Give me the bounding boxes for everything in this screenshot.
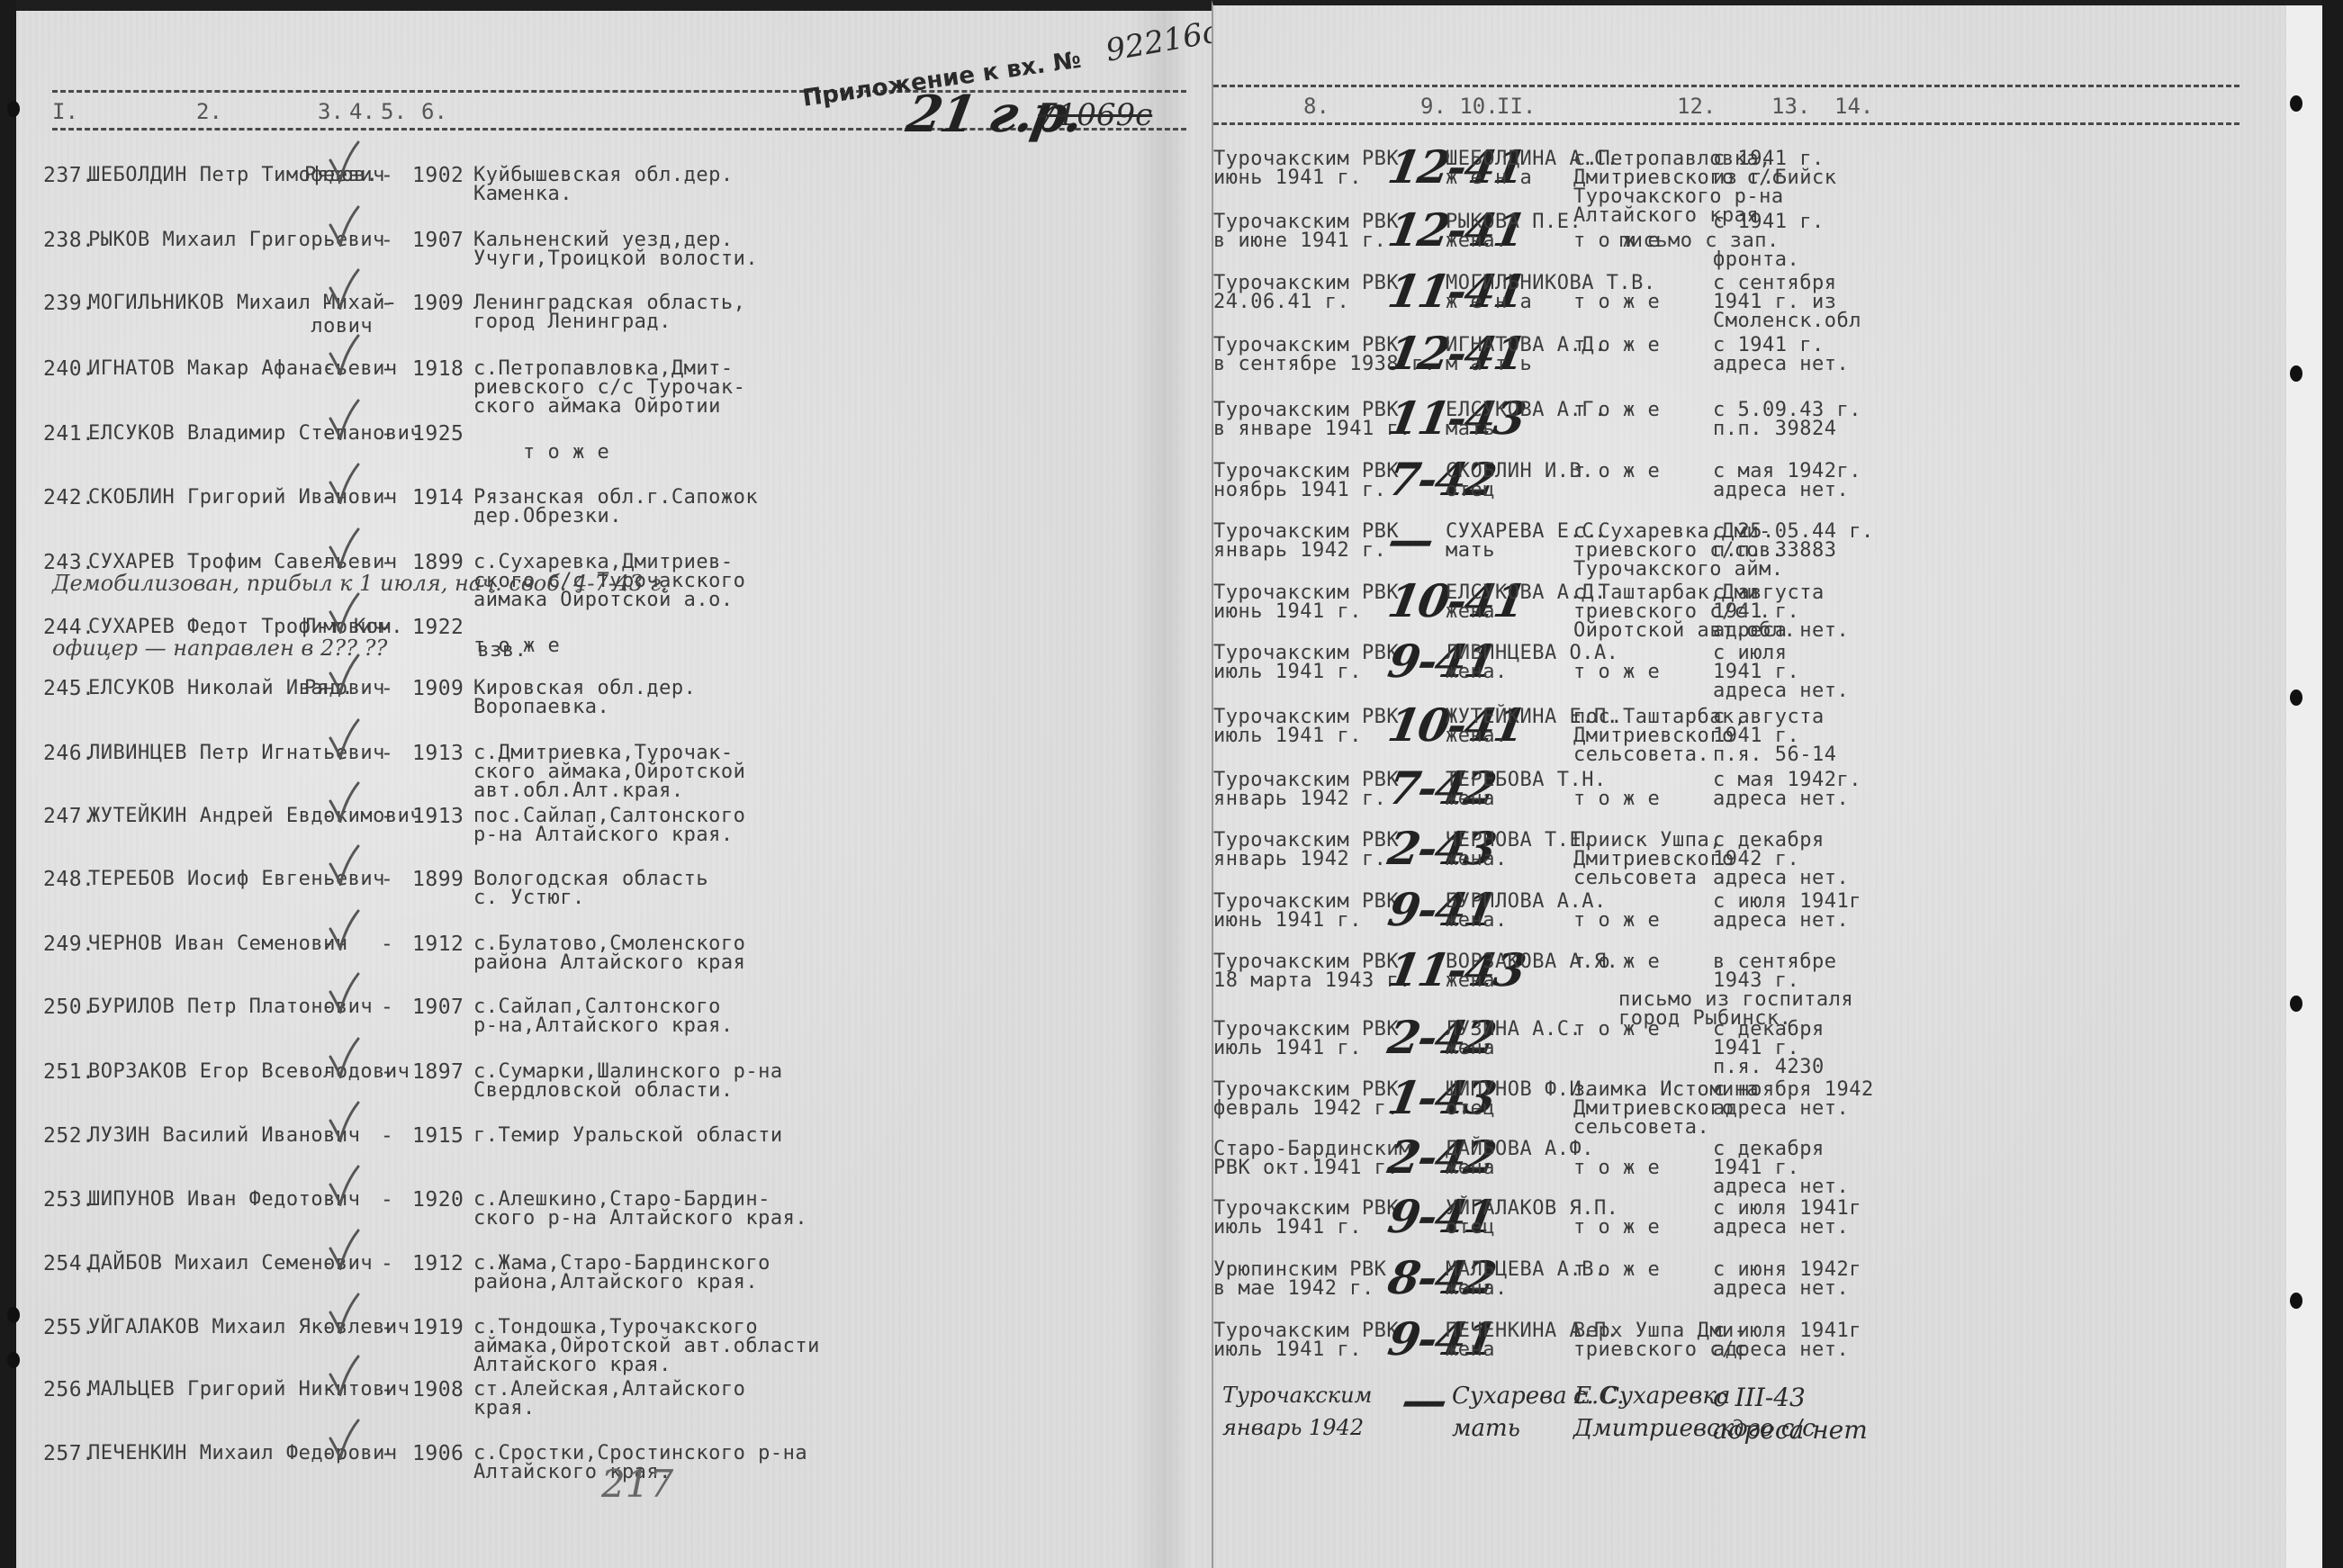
soldier-name: ЧЕРНОВ Иван Семенович <box>88 933 348 956</box>
birth-year: 1925 <box>412 422 464 446</box>
checkmark-icon <box>328 205 360 247</box>
relative-line: отец <box>1446 1216 1495 1239</box>
column-5: - <box>381 742 393 765</box>
right-page: 8.9. 10.II.12.13.14. Турочакским РВКиюнь… <box>1212 0 2322 1568</box>
birth-year: 1909 <box>412 677 464 700</box>
last-contact-line: из г.Бийск <box>1713 167 1836 190</box>
relative-line: отец <box>1446 479 1495 502</box>
record-number: 240. <box>43 357 95 381</box>
record-number: 255. <box>43 1316 95 1339</box>
checkmark-icon <box>328 718 360 760</box>
record-number: 253. <box>43 1188 95 1212</box>
birthplace-line: с. Устюг. <box>473 887 585 910</box>
relative-line: жена. <box>1446 725 1508 748</box>
relative-address-line: т о ж е <box>1573 951 1660 974</box>
birth-year: 1909 <box>412 292 464 315</box>
relative-address-line: сельсовета <box>1573 867 1697 890</box>
last-contact-line: адреса нет. <box>1713 909 1849 933</box>
relative-line: отец <box>1446 1097 1495 1121</box>
enlistment-office-line: июнь 1941 г. <box>1213 600 1362 624</box>
birthplace-line: края. <box>473 1397 536 1420</box>
column-header: 12. <box>1677 94 1716 119</box>
relative-address-line: т о ж е <box>1573 399 1660 422</box>
column-5: - <box>381 933 393 956</box>
enlistment-office-line: июль 1941 г. <box>1213 725 1362 748</box>
record-number: 247. <box>43 805 95 828</box>
enlistment-office-line: июль 1941 г. <box>1213 1037 1362 1060</box>
punch-hole <box>2290 689 2302 706</box>
birth-year: 1918 <box>412 357 464 381</box>
column-header: 13. <box>1771 94 1810 119</box>
enlistment-office-line: в мае 1942 г. <box>1213 1277 1374 1301</box>
relative-line: жена. <box>1446 969 1508 993</box>
birth-year: 1920 <box>412 1188 464 1212</box>
column-5: - <box>381 357 393 381</box>
relative-address-line: т о ж е <box>1573 334 1660 357</box>
relative-address-line: сельсовета. <box>1573 743 1709 767</box>
record-number: 239. <box>43 292 95 315</box>
record-number: 238. <box>43 229 95 252</box>
relative-address-line: т о ж е <box>1573 1216 1660 1239</box>
enlistment-office-line: июль 1941 г. <box>1213 661 1362 684</box>
relative-line: ж е н а <box>1446 167 1532 190</box>
soldier-name: ВОРЗАКОВ Егор Всеволодович <box>88 1060 410 1084</box>
column-5: - <box>381 868 393 891</box>
birth-year: 1915 <box>412 1124 464 1148</box>
birth-year: 1907 <box>412 229 464 252</box>
last-contact-line: фронта. <box>1713 248 1799 272</box>
relative-address-line: т о ж е <box>1573 460 1660 483</box>
column-header: 4. <box>349 99 375 124</box>
last-contact-line: адреса нет. <box>1713 788 1849 811</box>
column-5: - <box>381 292 393 315</box>
enlistment-office-line: январь 1942 г. <box>1213 848 1386 871</box>
checkmark-icon <box>328 909 360 951</box>
relative-line: ж е н а <box>1446 291 1532 314</box>
birth-year: 1897 <box>412 1060 464 1084</box>
relative-address-line: т о ж е <box>1573 788 1660 811</box>
soldier-name: ЖУТЕЙКИН Андрей Евдокимович <box>88 805 422 828</box>
column-5: - <box>381 1442 393 1465</box>
checkmark-icon <box>328 268 360 310</box>
enlistment-office-line: 18 марта 1943 г. <box>1213 969 1411 993</box>
enlistment-office-line: июль 1941 г. <box>1213 1338 1362 1362</box>
checkmark-icon <box>328 527 360 569</box>
relative-line: жена <box>1446 1338 1495 1362</box>
record-number: 256. <box>43 1378 95 1401</box>
record-number: 245. <box>43 677 95 700</box>
birthplace-line: р-на,Алтайского края. <box>473 1014 734 1038</box>
column-header: II. <box>1497 94 1536 119</box>
page-total-note: 217 <box>601 1462 673 1506</box>
punch-hole <box>7 1307 20 1323</box>
birthplace-line: Свердловской области. <box>473 1079 734 1103</box>
birthplace-line: дер.Обрезки. <box>473 505 622 528</box>
birthplace-line: т о ж е <box>473 441 609 464</box>
last-contact-line: адреса нет. <box>1713 1277 1849 1301</box>
record-number: 250. <box>43 996 95 1019</box>
checkmark-icon <box>328 1355 360 1396</box>
checkmark-icon <box>328 1037 360 1078</box>
footer-info-line: адреса нет <box>1713 1415 1868 1445</box>
relative-line: мать <box>1446 539 1495 563</box>
birthplace-line: город Ленинград. <box>473 311 671 334</box>
birth-year: 1914 <box>412 486 464 509</box>
enlistment-office-line: январь 1942 г. <box>1213 539 1386 563</box>
birth-year: 1922 <box>412 616 464 639</box>
last-contact-line: адреса нет. <box>1713 1338 1849 1362</box>
relative-line: жена. <box>1446 661 1508 684</box>
relative-line: жена. <box>1446 1277 1508 1301</box>
footer-info-line: с III-43 <box>1713 1383 1806 1412</box>
column-5: - <box>381 677 393 700</box>
punch-hole <box>2290 996 2302 1012</box>
enlistment-office-line: в июне 1941 г. <box>1213 230 1386 253</box>
birth-year: 1913 <box>412 742 464 765</box>
checkmark-icon <box>328 399 360 440</box>
record-number: 257. <box>43 1442 95 1465</box>
record-number: 241. <box>43 422 95 446</box>
page-edge <box>2286 5 2322 1568</box>
last-contact-line: п.п. 39824 <box>1713 418 1836 441</box>
punch-hole <box>7 101 20 117</box>
relative-line: жена <box>1446 1037 1495 1060</box>
birthplace-line: района,Алтайского края. <box>473 1271 758 1294</box>
enlistment-office-line: февраль 1942 г. <box>1213 1097 1399 1121</box>
birth-year: 1906 <box>412 1442 464 1465</box>
birth-year: 1912 <box>412 1252 464 1275</box>
birthplace-line: ского аймака Ойротии <box>473 395 721 419</box>
checkmark-icon <box>328 463 360 504</box>
enlistment-office-line: январь 1942 г. <box>1213 788 1386 811</box>
column-5: - <box>381 422 393 446</box>
record-number: 251. <box>43 1060 95 1084</box>
enlistment-office-line: 24.06.41 г. <box>1213 291 1349 314</box>
column-5: - <box>381 164 393 187</box>
checkmark-icon <box>328 1101 360 1142</box>
enlistment-office-line: июнь 1941 г. <box>1213 167 1362 190</box>
column-header: 8. <box>1303 94 1329 119</box>
enlistment-office-line: в январе 1941 г. <box>1213 418 1411 441</box>
soldier-name: УЙГАЛАКОВ Михаил Яковлевич <box>88 1316 410 1339</box>
checkmark-icon <box>328 1165 360 1206</box>
birthplace-line: г.Темир Уральской области <box>473 1124 783 1148</box>
record-number: 248. <box>43 868 95 891</box>
column-header: I. <box>52 99 78 124</box>
birth-year: 1913 <box>412 805 464 828</box>
last-contact-line: адреса нет. <box>1713 619 1849 643</box>
birth-year: 1912 <box>412 933 464 956</box>
last-contact-line: адреса нет. <box>1713 867 1849 890</box>
checkmark-icon <box>328 781 360 823</box>
relative-address-line: т о ж е <box>1573 291 1660 314</box>
last-contact-line: адреса нет. <box>1713 1097 1849 1121</box>
last-contact-line: адреса нет. <box>1713 1216 1849 1239</box>
relative-line: мать <box>1446 418 1495 441</box>
punch-hole <box>2290 95 2302 112</box>
last-contact-line: п.п. 33883 <box>1713 539 1836 563</box>
column-header: 14. <box>1834 94 1873 119</box>
header-rule-bottom <box>1213 122 2239 125</box>
enlistment-office-line: ноябрь 1941 г. <box>1213 479 1386 502</box>
column-5: - <box>381 1378 393 1401</box>
relative-address-line: т о ж е <box>1573 1157 1660 1180</box>
column-header: 3. <box>318 99 344 124</box>
relative-line: м а т ь <box>1446 353 1532 376</box>
column-5: - <box>381 229 393 252</box>
last-contact-line: адреса нет. <box>1713 1176 1849 1199</box>
birthplace-line: ского р-на Алтайского края. <box>473 1207 807 1230</box>
column-5: - <box>381 1252 393 1275</box>
enlistment-office-line: июнь 1941 г. <box>1213 909 1362 933</box>
checkmark-icon <box>328 592 360 634</box>
birth-year: 1908 <box>412 1378 464 1401</box>
footer-office-line: январь 1942 <box>1222 1415 1364 1440</box>
birth-year: 1899 <box>412 868 464 891</box>
punch-hole <box>2290 1293 2302 1309</box>
checkmark-icon <box>328 972 360 1014</box>
birthplace-line: р-на Алтайского края. <box>473 824 734 847</box>
soldier-name: ЛУЗИН Василий Иванович <box>88 1124 360 1148</box>
column-header: 9. 10. <box>1420 94 1499 119</box>
last-contact-line: адреса нет. <box>1713 479 1849 502</box>
left-page: I.2.3.4.5.6. 237.ШЕБОЛДИН Петр Тимофееви… <box>16 0 1212 1568</box>
record-number: 242. <box>43 486 95 509</box>
last-contact-line: адреса нет. <box>1713 353 1849 376</box>
column-header: 6. <box>421 99 447 124</box>
footer-address-line: с. Сухаревка <box>1573 1383 1730 1410</box>
checkmark-icon <box>328 1419 360 1460</box>
column-5: - <box>381 1316 393 1339</box>
checkmark-icon <box>328 1293 360 1334</box>
relative-address-line: т о ж е <box>1573 909 1660 933</box>
column-header: 2. <box>196 99 222 124</box>
column-5: - <box>381 486 393 509</box>
column-5: - <box>381 1188 393 1212</box>
record-number: 237. <box>43 164 95 187</box>
record-number: 249. <box>43 933 95 956</box>
birth-year: 1907 <box>412 996 464 1019</box>
column-5: - <box>381 1124 393 1148</box>
relative-line: жена. <box>1446 909 1508 933</box>
last-contact-line: п.я. 4230 <box>1713 1056 1825 1079</box>
checkmark-icon <box>328 653 360 695</box>
birthplace-line: авт.обл.Алт.края. <box>473 779 684 803</box>
checkmark-icon <box>328 140 360 182</box>
enlistment-office-line: июль 1941 г. <box>1213 1216 1362 1239</box>
record-number: 252. <box>43 1124 95 1148</box>
footer-relative-line: мать <box>1452 1415 1520 1442</box>
birthplace-line: района Алтайского края <box>473 951 745 975</box>
footer-office-line: Турочакским <box>1222 1383 1372 1408</box>
birth-year: 1919 <box>412 1316 464 1339</box>
page-fold-shadow <box>1132 11 1195 1568</box>
stamp-struck-number: 71069с <box>1038 97 1152 133</box>
soldier-name: МАЛЬЦЕВ Григорий Никитович <box>88 1378 410 1401</box>
relative-address-line: сельсовета. <box>1573 1116 1709 1140</box>
last-contact-line: адреса нет. <box>1713 680 1849 703</box>
checkmark-icon <box>328 844 360 886</box>
soldier-name: ЕЛСУКОВ Владимир Степанович <box>88 422 422 446</box>
header-rule-top <box>1213 85 2239 87</box>
column-5: - <box>381 805 393 828</box>
handwritten-date: — <box>1384 513 1437 566</box>
relative-line: жена <box>1446 1157 1495 1180</box>
relative-line: жена. <box>1446 230 1508 253</box>
column-header: 5. <box>381 99 407 124</box>
birth-year: 1902 <box>412 164 464 187</box>
relative-line: жена <box>1446 600 1495 624</box>
relative-address-line: т о ж е <box>1573 661 1660 684</box>
relative-line: жена. <box>1446 848 1508 871</box>
relative-line: жена <box>1446 788 1495 811</box>
birthplace-line: Алтайского края. <box>473 1354 671 1377</box>
birthplace-line: Воропаевка. <box>473 696 609 719</box>
relative-address-line: т о ж е <box>1573 1018 1660 1041</box>
soldier-name: ШИПУНОВ Иван Федотович <box>88 1188 360 1212</box>
enlistment-office-line: РВК окт.1941 г. <box>1213 1157 1399 1180</box>
record-number: 254. <box>43 1252 95 1275</box>
punch-hole <box>2290 365 2302 382</box>
checkmark-icon <box>328 1229 360 1270</box>
punch-hole <box>7 1352 20 1368</box>
record-number: 246. <box>43 742 95 765</box>
column-5: - <box>381 1060 393 1084</box>
column-5: - <box>381 996 393 1019</box>
footer-date: — <box>1398 1374 1450 1427</box>
last-contact-line: п.я. 56-14 <box>1713 743 1836 767</box>
relative-address-line: т о ж е <box>1573 1258 1660 1282</box>
last-contact-line: Смоленск.обл <box>1713 310 1861 333</box>
birthplace-line: Каменка. <box>473 183 572 206</box>
birthplace-line: Учуги,Троицкой волости. <box>473 248 758 271</box>
birthplace-line: т о ж е <box>473 635 560 658</box>
checkmark-icon <box>328 334 360 375</box>
